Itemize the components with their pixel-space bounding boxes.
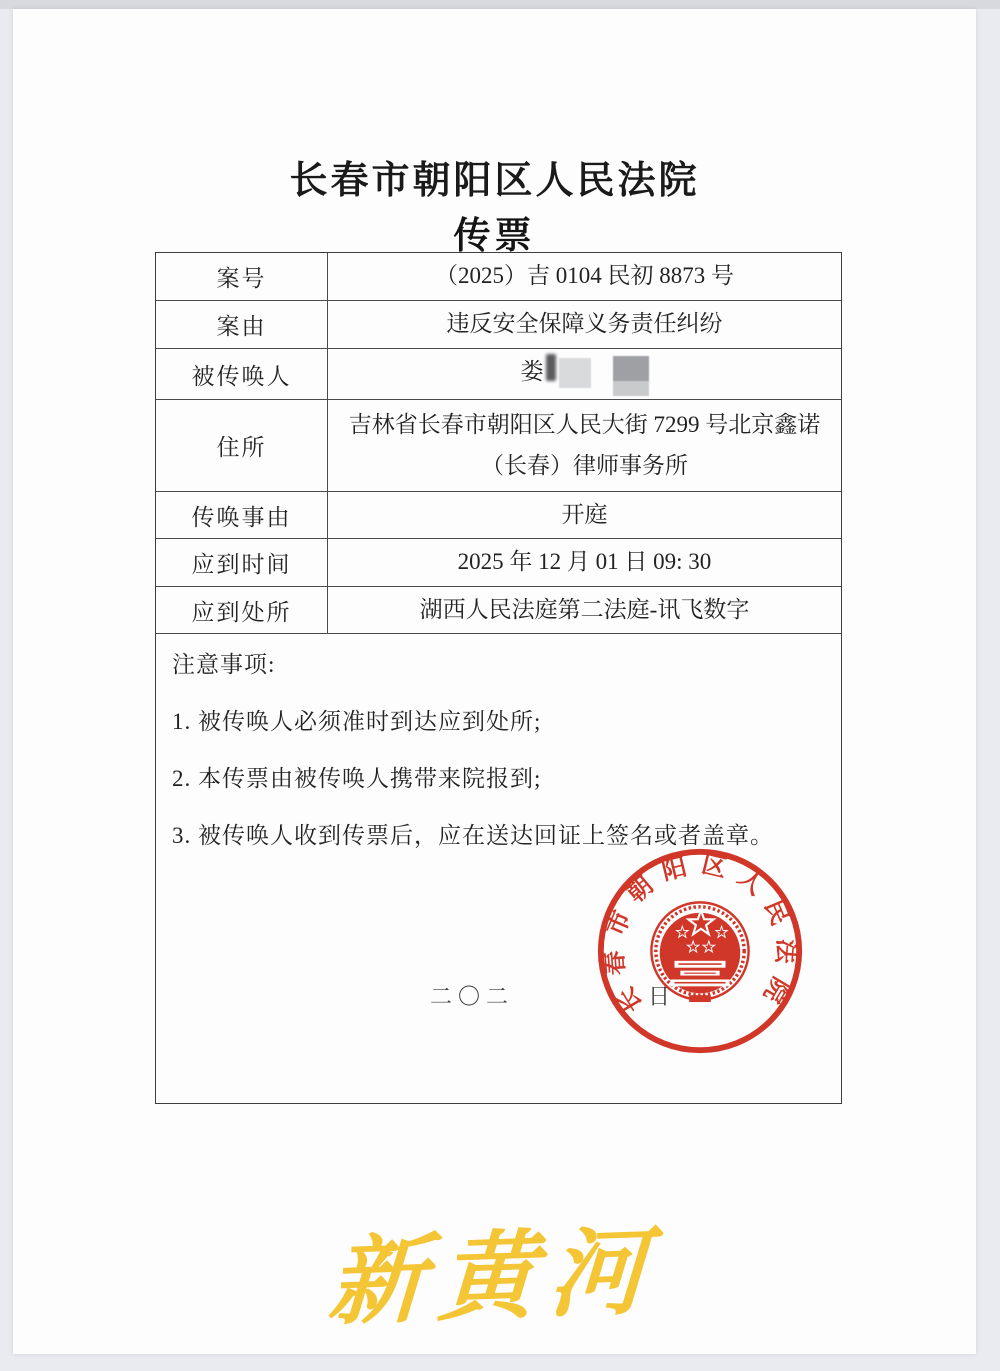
table-row-arrival-place: 应到处所 湖西人民法庭第二法庭-讯飞数字: [156, 587, 841, 634]
arrival-time-label: 应到时间: [156, 539, 328, 586]
summons-table: 案号 （2025）吉 0104 民初 8873 号 案由 违反安全保障义务责任纠…: [155, 252, 842, 1104]
date-year-fragment: 二〇二: [430, 980, 514, 1011]
note-item-1: 1. 被传唤人必须准时到达应到处所;: [172, 703, 825, 736]
cause-value: 违反安全保障义务责任纠纷: [328, 301, 841, 348]
document-title: 传票: [13, 205, 976, 259]
arrival-time-value: 2025 年 12 月 01 日 09: 30: [328, 539, 841, 586]
table-row-case-number: 案号 （2025）吉 0104 民初 8873 号: [156, 253, 841, 301]
arrival-place-label: 应到处所: [156, 587, 328, 633]
table-row-summoned-person: 被传唤人 娄: [156, 349, 841, 400]
name-redaction-block-1: [559, 358, 591, 388]
xinhuanghe-watermark: 新黄河: [8, 1184, 981, 1355]
name-redaction-block-2: [613, 356, 649, 396]
arrival-place-value: 湖西人民法庭第二法庭-讯飞数字: [328, 587, 841, 633]
table-row-cause: 案由 违反安全保障义务责任纠纷: [156, 301, 841, 349]
address-label: 住所: [156, 400, 328, 491]
table-row-arrival-time: 应到时间 2025 年 12 月 01 日 09: 30: [156, 539, 841, 587]
document-page: 长春市朝阳区人民法院 传票 案号 （2025）吉 0104 民初 8873 号 …: [13, 9, 976, 1354]
table-row-address: 住所 吉林省长春市朝阳区人民大街 7299 号北京鑫诺（长春）律师事务所: [156, 400, 841, 492]
background-top-strip: [0, 0, 1000, 9]
national-emblem-icon: [651, 902, 748, 1002]
address-value: 吉林省长春市朝阳区人民大街 7299 号北京鑫诺（长春）律师事务所: [328, 400, 841, 491]
name-redaction-smudge: [546, 354, 556, 381]
name-visible-char: 娄: [521, 352, 544, 392]
summoned-person-label: 被传唤人: [156, 349, 328, 399]
case-number-label: 案号: [156, 253, 328, 300]
note-item-2: 2. 本传票由被传唤人携带来院报到;: [172, 760, 825, 793]
cause-label: 案由: [156, 301, 328, 348]
summoned-person-value: 娄: [328, 349, 841, 399]
table-row-summons-reason: 传唤事由 开庭: [156, 492, 841, 539]
court-title: 长春市朝阳区人民法院: [13, 149, 976, 204]
notes-heading: 注意事项:: [172, 646, 825, 679]
summons-reason-label: 传唤事由: [156, 492, 328, 538]
notes-section: 注意事项: 1. 被传唤人必须准时到达应到处所; 2. 本传票由被传唤人携带来院…: [156, 634, 841, 1103]
screenshot-root: { "page": { "court_title": "长春市朝阳区人民法院",…: [0, 0, 1000, 1371]
case-number-value: （2025）吉 0104 民初 8873 号: [328, 253, 841, 300]
court-seal: 长春市朝阳区人民法院: [592, 843, 808, 1059]
summoned-person-name: 娄: [521, 352, 649, 396]
summons-reason-value: 开庭: [328, 492, 841, 538]
